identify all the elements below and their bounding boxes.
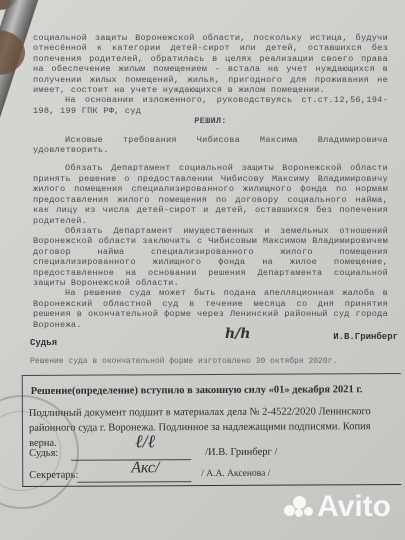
avito-brand-text: Avito xyxy=(317,490,391,524)
secretary-sign-line xyxy=(77,481,191,483)
judge-name: И.В.Гринберг xyxy=(333,332,398,342)
judge-signature: h/h xyxy=(225,326,250,342)
cert-judge-name: /И.В. Гринберг / xyxy=(205,447,277,458)
avito-dots-icon xyxy=(284,496,314,518)
secretary-name: / А.А. Аксенова / xyxy=(201,469,270,479)
certification-box: Решение(определение) вступило в законную… xyxy=(22,373,402,487)
cert-judge-label: Судья: xyxy=(29,448,58,459)
paragraph-oblige-1: Обязать Департамент социальной защиты Во… xyxy=(33,163,388,225)
judge-signature-row: Судья h/h И.В.Гринберг xyxy=(30,338,398,352)
paragraph-claims: Исковые требования Чибисова Максима Влад… xyxy=(33,135,388,156)
cert-judge-signature: ℓ/ℓ xyxy=(135,431,155,452)
made-note: Решение суда в окончательной форме изгот… xyxy=(30,357,337,366)
secretary-signature: Акс/ xyxy=(131,459,159,477)
judge-label: Судья xyxy=(30,338,57,348)
paragraph-appeal: На решение суда может быть подана апелля… xyxy=(33,288,388,330)
avito-watermark: Avito xyxy=(284,490,391,524)
document-body: социальной защиты Воронежской области, п… xyxy=(33,33,388,330)
paragraph-top: социальной защиты Воронежской области, п… xyxy=(33,33,388,95)
decision-heading: РЕШИЛ: xyxy=(33,116,388,126)
secretary-label: Секретарь: xyxy=(29,470,78,481)
entered-force-text: Решение(определение) вступило в законную… xyxy=(31,384,363,397)
original-note-text: Подлинный документ подшит в материалах д… xyxy=(29,404,399,451)
paragraph-oblige-2: Обязать Департамент имущественных и земе… xyxy=(33,226,388,288)
paragraph-basis: На основании изложенного, руководствуясь… xyxy=(33,95,388,116)
